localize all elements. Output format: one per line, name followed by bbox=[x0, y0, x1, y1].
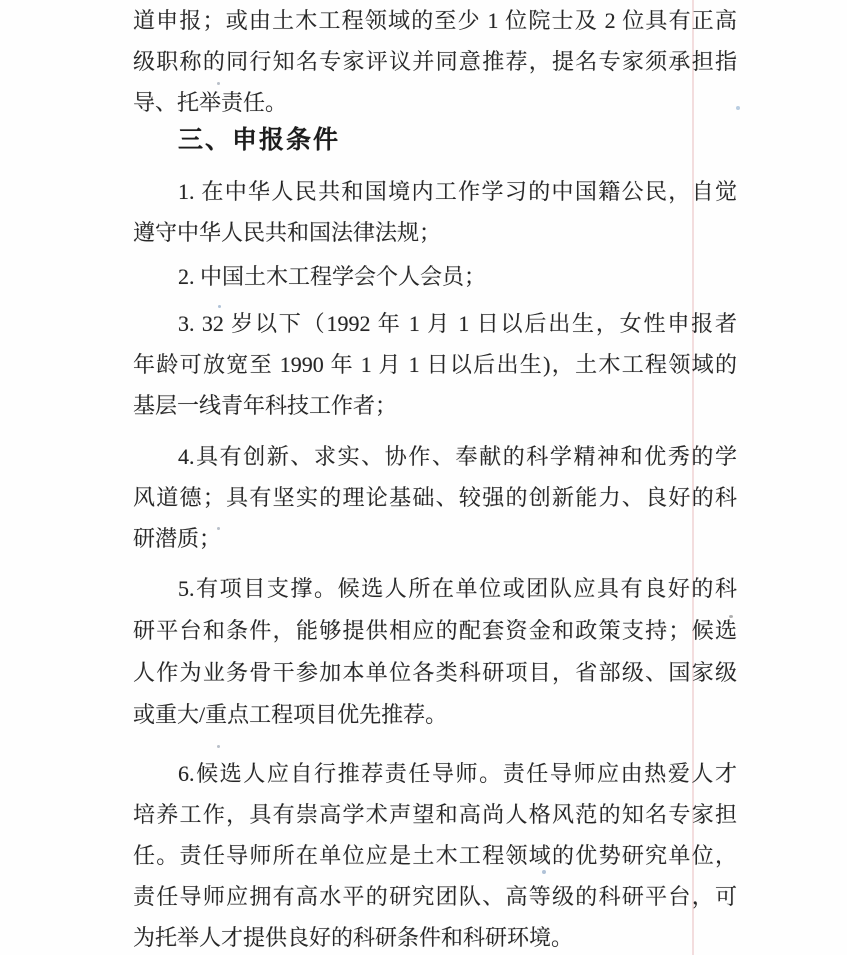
paragraph-item-3: 3. 32 岁以下（1992 年 1 月 1 日以后出生，女性申报者 年龄可放宽… bbox=[133, 303, 737, 426]
paragraph-item-4: 4.具有创新、求实、协作、奉献的科学精神和优秀的学 风道德；具有坚实的理论基础、… bbox=[133, 436, 737, 559]
text-line: 2. 中国土木工程学会个人会员； bbox=[133, 256, 737, 297]
text-line: 任。责任导师所在单位应是土木工程领域的优势研究单位， bbox=[133, 835, 737, 876]
text-line: 3. 32 岁以下（1992 年 1 月 1 日以后出生，女性申报者 bbox=[133, 303, 737, 344]
text-line: 4.具有创新、求实、协作、奉献的科学精神和优秀的学 bbox=[133, 436, 737, 477]
text-line: 研潜质； bbox=[133, 518, 737, 559]
text-line: 级职称的同行知名专家评议并同意推荐，提名专家须承担指 bbox=[133, 41, 737, 82]
text-line: 6.候选人应自行推荐责任导师。责任导师应由热爱人才 bbox=[133, 753, 737, 794]
section-heading-text: 三、申报条件 bbox=[133, 120, 737, 161]
section-heading: 三、申报条件 bbox=[133, 120, 737, 161]
text-line: 年龄可放宽至 1990 年 1 月 1 日以后出生)，土木工程领域的 bbox=[133, 344, 737, 385]
text-line: 导、托举责任。 bbox=[133, 82, 737, 123]
document-page: 道申报；或由土木工程领域的至少 1 位院士及 2 位具有正高 级职称的同行知名专… bbox=[0, 0, 847, 955]
text-line: 研平台和条件，能够提供相应的配套资金和政策支持；候选 bbox=[133, 610, 737, 652]
text-line: 5.有项目支撑。候选人所在单位或团队应具有良好的科 bbox=[133, 568, 737, 610]
text-line: 或重大/重点工程项目优先推荐。 bbox=[133, 694, 737, 736]
text-line: 基层一线青年科技工作者； bbox=[133, 385, 737, 426]
paragraph-item-1: 1. 在中华人民共和国境内工作学习的中国籍公民，自觉 遵守中华人民共和国法律法规… bbox=[133, 171, 737, 253]
text-line: 培养工作，具有崇高学术声望和高尚人格风范的知名专家担 bbox=[133, 794, 737, 835]
paragraph-item-6: 6.候选人应自行推荐责任导师。责任导师应由热爱人才 培养工作，具有崇高学术声望和… bbox=[133, 753, 737, 955]
paragraph-item-2: 2. 中国土木工程学会个人会员； bbox=[133, 256, 737, 297]
text-line: 道申报；或由土木工程领域的至少 1 位院士及 2 位具有正高 bbox=[133, 0, 737, 41]
scan-speck bbox=[217, 745, 220, 748]
text-line: 责任导师应拥有高水平的研究团队、高等级的科研平台，可 bbox=[133, 876, 737, 917]
paragraph-continuation: 道申报；或由土木工程领域的至少 1 位院士及 2 位具有正高 级职称的同行知名专… bbox=[133, 0, 737, 123]
text-line: 风道德；具有坚实的理论基础、较强的创新能力、良好的科 bbox=[133, 477, 737, 518]
text-line: 为托举人才提供良好的科研条件和科研环境。 bbox=[133, 917, 737, 955]
text-line: 人作为业务骨干参加本单位各类科研项目，省部级、国家级 bbox=[133, 652, 737, 694]
text-line: 1. 在中华人民共和国境内工作学习的中国籍公民，自觉 bbox=[133, 171, 737, 212]
text-line: 遵守中华人民共和国法律法规； bbox=[133, 212, 737, 253]
paragraph-item-5: 5.有项目支撑。候选人所在单位或团队应具有良好的科 研平台和条件，能够提供相应的… bbox=[133, 568, 737, 736]
